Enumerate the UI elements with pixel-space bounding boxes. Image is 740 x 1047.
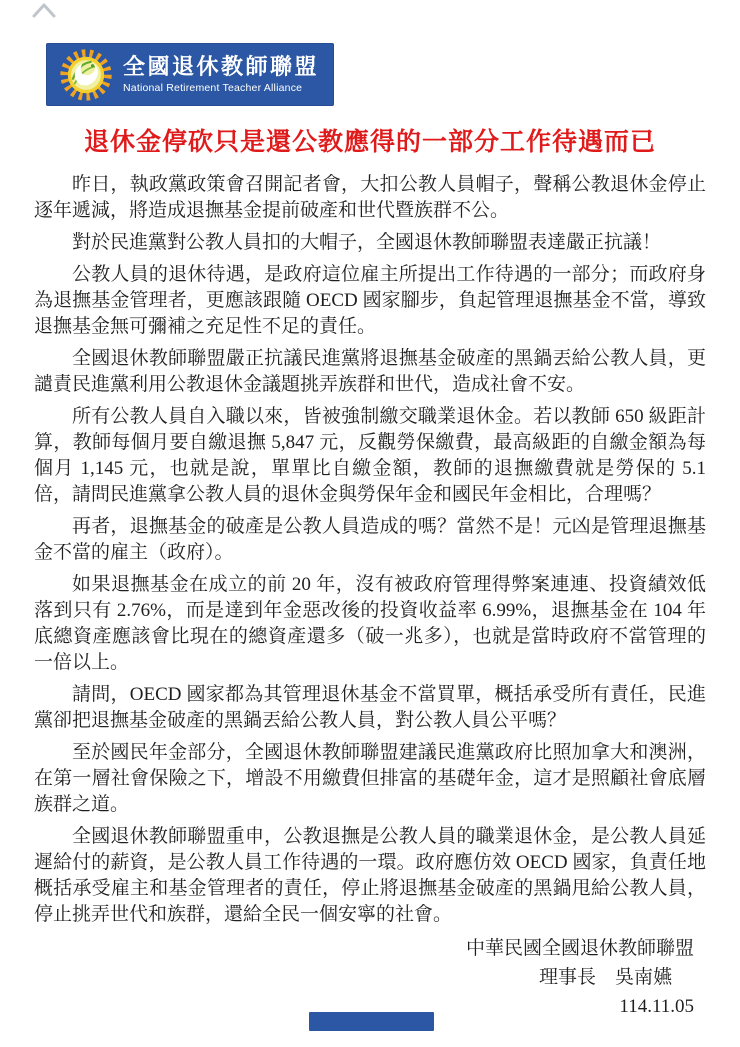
organization-logo: 全國退休教師聯盟 National Retirement Teacher All… [46, 43, 334, 106]
paragraph: 全國退休教師聯盟嚴正抗議民進黨將退撫基金破產的黑鍋丟給公教人員，更譴責民進黨利用… [34, 346, 706, 398]
signature-chairperson: 理事長 吳南嬿 [34, 963, 694, 992]
paragraph: 公教人員的退休待遇，是政府這位雇主所提出工作待遇的一部分；而政府身為退撫基金管理… [34, 262, 706, 340]
document-page: 全國退休教師聯盟 National Retirement Teacher All… [0, 0, 740, 1047]
paragraph: 再者，退撫基金的破產是公教人員造成的嗎？當然不是！元凶是管理退撫基金不當的雇主（… [34, 514, 706, 566]
signature-org: 中華民國全國退休教師聯盟 [34, 934, 694, 963]
chevron-up-icon [31, 1, 57, 19]
paragraph: 昨日，執政黨政策會召開記者會，大扣公教人員帽子，聲稱公教退休金停止逐年遞減，將造… [34, 172, 706, 224]
paragraph: 如果退撫基金在成立的前 20 年，沒有被政府管理得弊案連連、投資績效低落到只有 … [34, 572, 706, 676]
document-title: 退休金停砍只是還公教應得的一部分工作待遇而已 [0, 122, 740, 158]
footer-blue-bar [309, 1012, 434, 1031]
sun-bird-logo-icon [58, 47, 114, 103]
logo-org-name-zh: 全國退休教師聯盟 [123, 56, 319, 78]
paragraph: 所有公教人員自入職以來，皆被強制繳交職業退休金。若以教師 650 級距計算，教師… [34, 404, 706, 508]
paragraph: 對於民進黨對公教人員扣的大帽子，全國退休教師聯盟表達嚴正抗議！ [34, 230, 706, 256]
document-body: 昨日，執政黨政策會召開記者會，大扣公教人員帽子，聲稱公教退休金停止逐年遞減，將造… [34, 172, 706, 1021]
paragraph: 請問，OECD 國家都為其管理退休基金不當買單，概括承受所有責任，民進黨卻把退撫… [34, 682, 706, 734]
logo-org-name-en: National Retirement Teacher Alliance [123, 83, 319, 94]
paragraph: 全國退休教師聯盟重申，公教退撫是公教人員的職業退休金，是公教人員延遲給付的薪資，… [34, 824, 706, 928]
logo-text-block: 全國退休教師聯盟 National Retirement Teacher All… [123, 56, 319, 94]
paragraph: 至於國民年金部分，全國退休教師聯盟建議民進黨政府比照加拿大和澳洲，在第一層社會保… [34, 740, 706, 818]
signature-block: 中華民國全國退休教師聯盟 理事長 吳南嬿 114.11.05 [34, 934, 706, 1021]
